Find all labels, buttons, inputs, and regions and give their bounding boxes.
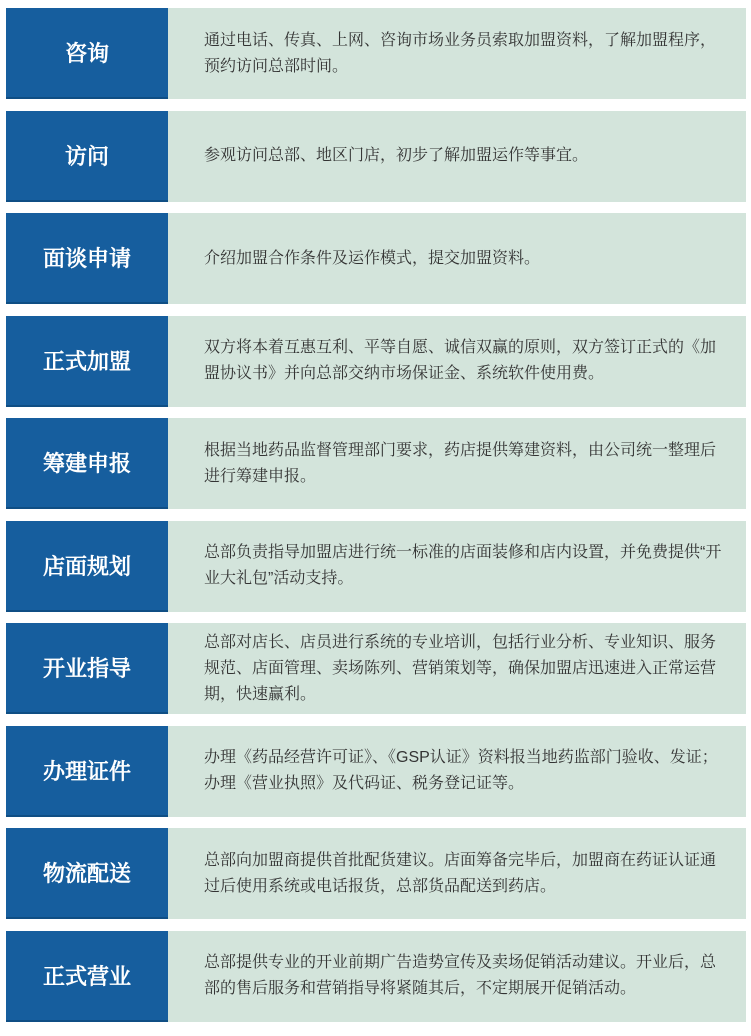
step-label: 访问 <box>6 111 168 202</box>
step-label: 店面规划 <box>6 521 168 612</box>
step-row: 访问 参观访问总部、地区门店，初步了解加盟运作等事宜。 <box>6 111 746 202</box>
step-description: 通过电话、传真、上网、咨询市场业务员索取加盟资料，了解加盟程序，预约访问总部时间… <box>204 28 730 80</box>
step-row: 办理证件 办理《药品经营许可证》、《GSP认证》资料报当地药监部门验收、发证；办… <box>6 726 746 817</box>
step-row: 正式营业 总部提供专业的开业前期广告造势宣传及卖场促销活动建议。开业后，总部的售… <box>6 931 746 1022</box>
step-row: 正式加盟 双方将本着互惠互利、平等自愿、诚信双赢的原则，双方签订正式的《加盟协议… <box>6 316 746 407</box>
step-description: 双方将本着互惠互利、平等自愿、诚信双赢的原则，双方签订正式的《加盟协议书》并向总… <box>204 335 730 387</box>
step-description-panel: 总部提供专业的开业前期广告造势宣传及卖场促销活动建议。开业后，总部的售后服务和营… <box>168 931 746 1022</box>
step-description-panel: 双方将本着互惠互利、平等自愿、诚信双赢的原则，双方签订正式的《加盟协议书》并向总… <box>168 316 746 407</box>
step-description: 办理《药品经营许可证》、《GSP认证》资料报当地药监部门验收、发证；办理《营业执… <box>204 745 730 797</box>
step-row: 咨询 通过电话、传真、上网、咨询市场业务员索取加盟资料，了解加盟程序，预约访问总… <box>6 8 746 99</box>
step-description-panel: 参观访问总部、地区门店，初步了解加盟运作等事宜。 <box>168 111 746 202</box>
step-description-panel: 通过电话、传真、上网、咨询市场业务员索取加盟资料，了解加盟程序，预约访问总部时间… <box>168 8 746 99</box>
step-description: 总部向加盟商提供首批配货建议。店面筹备完毕后，加盟商在药证认证通过后使用系统或电… <box>204 848 730 900</box>
step-row: 筹建申报 根据当地药品监督管理部门要求，药店提供筹建资料，由公司统一整理后进行筹… <box>6 418 746 509</box>
step-description: 根据当地药品监督管理部门要求，药店提供筹建资料，由公司统一整理后进行筹建申报。 <box>204 438 730 490</box>
step-description-panel: 介绍加盟合作条件及运作模式，提交加盟资料。 <box>168 213 746 304</box>
step-row: 店面规划 总部负责指导加盟店进行统一标准的店面装修和店内设置，并免费提供“开业大… <box>6 521 746 612</box>
step-label: 正式加盟 <box>6 316 168 407</box>
step-description: 介绍加盟合作条件及运作模式，提交加盟资料。 <box>204 246 730 272</box>
step-row: 开业指导 总部对店长、店员进行系统的专业培训，包括行业分析、专业知识、服务规范、… <box>6 623 746 714</box>
step-label: 面谈申请 <box>6 213 168 304</box>
step-label: 咨询 <box>6 8 168 99</box>
step-description-panel: 总部向加盟商提供首批配货建议。店面筹备完毕后，加盟商在药证认证通过后使用系统或电… <box>168 828 746 919</box>
step-label: 物流配送 <box>6 828 168 919</box>
step-row: 面谈申请 介绍加盟合作条件及运作模式，提交加盟资料。 <box>6 213 746 304</box>
franchise-steps-table: 咨询 通过电话、传真、上网、咨询市场业务员索取加盟资料，了解加盟程序，预约访问总… <box>6 8 746 1033</box>
step-description: 总部对店长、店员进行系统的专业培训，包括行业分析、专业知识、服务规范、店面管理、… <box>204 630 730 708</box>
step-description: 总部提供专业的开业前期广告造势宣传及卖场促销活动建议。开业后，总部的售后服务和营… <box>204 950 730 1002</box>
step-label: 办理证件 <box>6 726 168 817</box>
step-description: 参观访问总部、地区门店，初步了解加盟运作等事宜。 <box>204 143 730 169</box>
step-row: 物流配送 总部向加盟商提供首批配货建议。店面筹备完毕后，加盟商在药证认证通过后使… <box>6 828 746 919</box>
step-label: 开业指导 <box>6 623 168 714</box>
step-description: 总部负责指导加盟店进行统一标准的店面装修和店内设置，并免费提供“开业大礼包”活动… <box>204 540 730 592</box>
step-description-panel: 总部对店长、店员进行系统的专业培训，包括行业分析、专业知识、服务规范、店面管理、… <box>168 623 746 714</box>
step-label: 筹建申报 <box>6 418 168 509</box>
step-label: 正式营业 <box>6 931 168 1022</box>
step-description-panel: 根据当地药品监督管理部门要求，药店提供筹建资料，由公司统一整理后进行筹建申报。 <box>168 418 746 509</box>
step-description-panel: 办理《药品经营许可证》、《GSP认证》资料报当地药监部门验收、发证；办理《营业执… <box>168 726 746 817</box>
step-description-panel: 总部负责指导加盟店进行统一标准的店面装修和店内设置，并免费提供“开业大礼包”活动… <box>168 521 746 612</box>
